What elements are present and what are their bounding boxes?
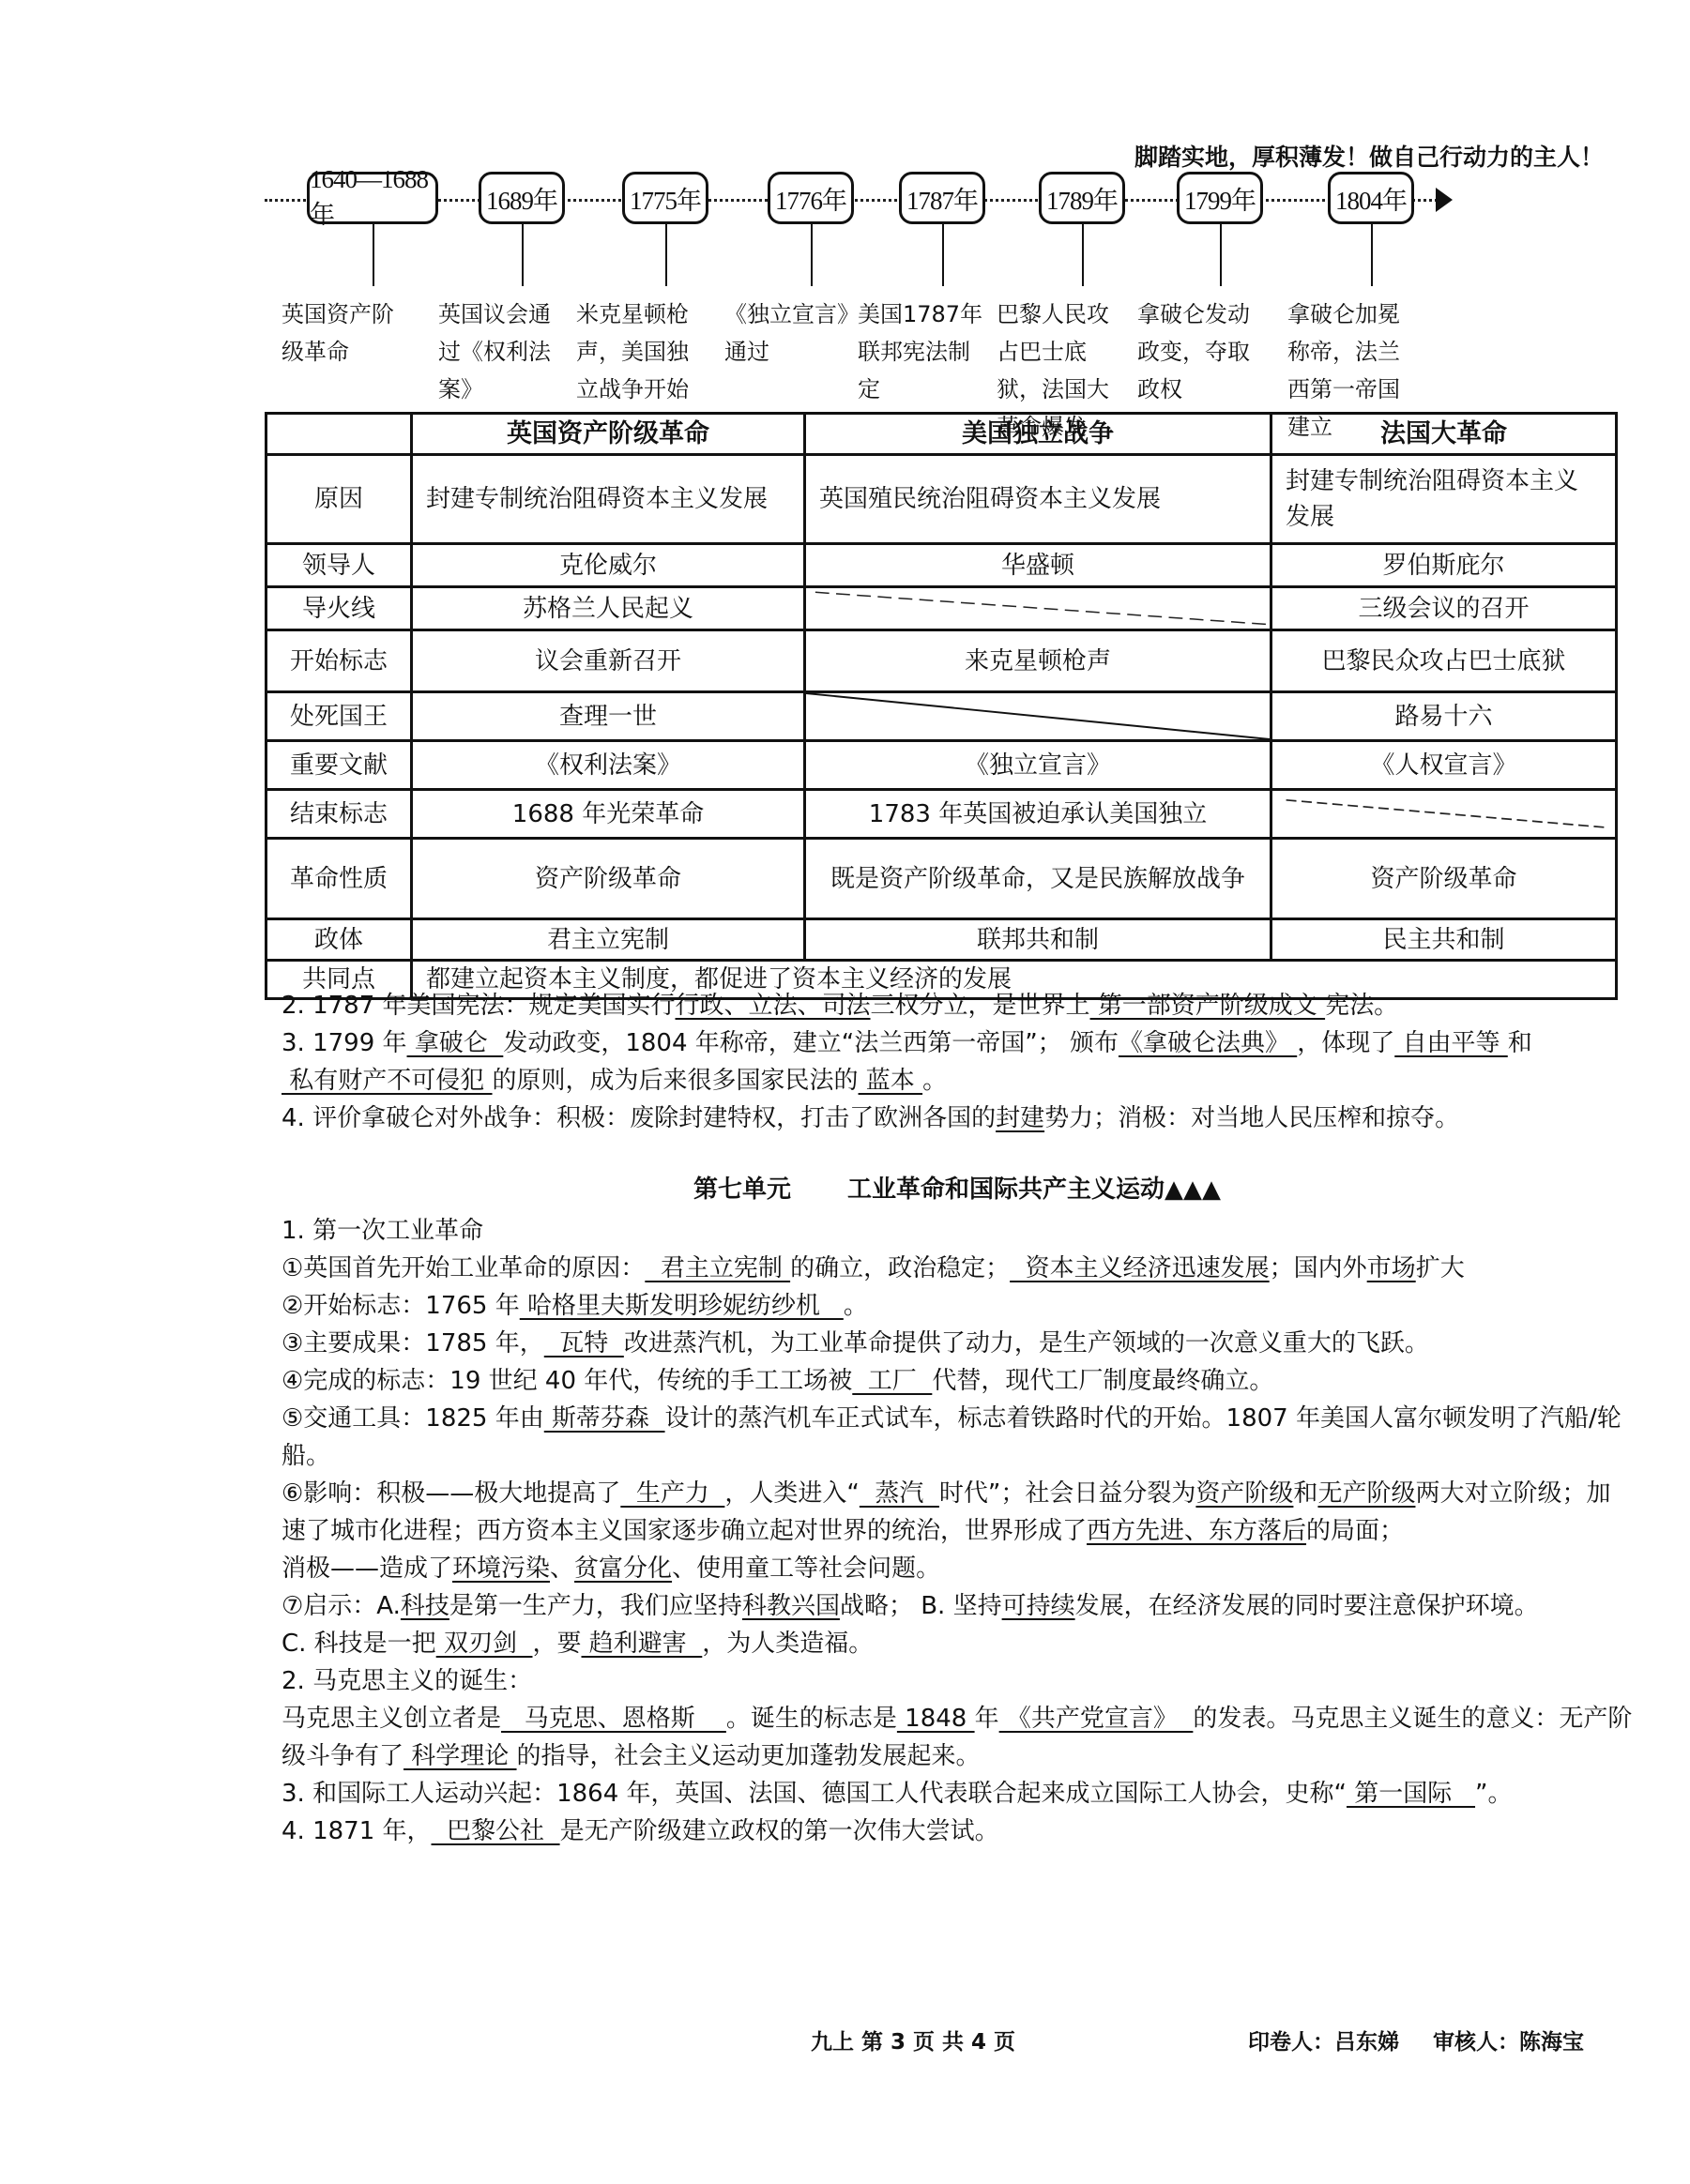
table-cell: 联邦共和制: [805, 919, 1271, 961]
row-header: 处死国王: [266, 692, 412, 741]
text: 的局面；: [1306, 1517, 1404, 1545]
section-3: 3. 和国际工人运动兴起：1864 年，英国、法国、德国工人代表联合起来成立国际…: [282, 1775, 1633, 1812]
table-cell: 君主立宪制: [412, 919, 805, 961]
timeline-event-label: 英国资产阶级革命: [282, 296, 413, 371]
printer-name: 印卷人：吕东娣: [1248, 2030, 1399, 2055]
timeline-connector: [1082, 224, 1084, 286]
table-cell: 议会重新召开: [412, 630, 805, 692]
timeline-year-box: 1640—1688年: [307, 172, 438, 224]
table-row: 结束标志 1688 年光荣革命 1783 年英国被迫承认美国独立: [266, 790, 1617, 839]
column-header: 英国资产阶级革命: [412, 414, 805, 455]
text: ⑥影响：积极——极大地提高了: [282, 1479, 620, 1508]
text: ③主要成果：1785 年，: [282, 1329, 544, 1357]
text: 战略； B. 坚持: [840, 1592, 1002, 1620]
text: ，人类进入“: [724, 1479, 859, 1508]
underlined-term: 环境污染: [452, 1555, 550, 1583]
table-cell: 资产阶级革命: [412, 839, 805, 919]
note-2: 2. 1787 年美国宪法：规定美国实行行政、立法、司法三权分立，是世界上 第一…: [282, 987, 1633, 1024]
table-cell: 既是资产阶级革命，又是民族解放战争: [805, 839, 1271, 919]
text: 4. 1871 年，: [282, 1817, 432, 1845]
timeline-year-box: 1789年: [1039, 172, 1125, 224]
timeline-connector: [665, 224, 667, 286]
text: 发动政变，1804 年称帝，建立“法兰西第一帝国”； 颁布: [503, 1029, 1119, 1057]
timeline-connector: [1220, 224, 1222, 286]
table-cell: 1688 年光荣革命: [412, 790, 805, 839]
timeline-year-box: 1689年: [479, 172, 565, 224]
row-header: 政体: [266, 919, 412, 961]
unit-name: 工业革命和国际共产主义运动▲▲▲: [847, 1175, 1221, 1204]
item-5: ⑤交通工具：1825 年由 斯蒂芬森 设计的蒸汽机车正式试车，标志着铁路时代的开…: [282, 1400, 1633, 1475]
fill-blank-answer: 第一部资产阶级成文: [1090, 992, 1326, 1020]
underlined-term: 科技: [401, 1592, 449, 1620]
table-row: 革命性质 资产阶级革命 既是资产阶级革命，又是民族解放战争 资产阶级革命: [266, 839, 1617, 919]
table-cell: 路易十六: [1271, 692, 1617, 741]
arrow-right-icon: [1436, 188, 1453, 212]
empty-cell-slash: [1271, 790, 1617, 839]
timeline-year-box: 1776年: [768, 172, 854, 224]
text: 是第一生产力，我们应坚持: [449, 1592, 742, 1620]
fill-blank-answer: 马克思、恩格斯: [501, 1705, 726, 1733]
timeline-connector: [522, 224, 524, 286]
table-cell: 巴黎民众攻占巴士底狱: [1271, 630, 1617, 692]
timeline-year-box: 1799年: [1177, 172, 1263, 224]
empty-cell-slash: [805, 692, 1271, 741]
timeline-year-box: 1787年: [899, 172, 985, 224]
table-cell: 《权利法案》: [412, 741, 805, 790]
text: ②开始标志：1765 年: [282, 1292, 520, 1320]
table-cell: 克伦威尔: [412, 544, 805, 587]
underlined-term: 市场: [1367, 1254, 1416, 1282]
text: 4. 评价拿破仑对外战争：积极：废除封建特权，打击了欧洲各国的: [282, 1104, 996, 1132]
text: 马克思主义创立者是: [282, 1705, 501, 1733]
text: 和: [1293, 1479, 1317, 1508]
table-cell: 资产阶级革命: [1271, 839, 1617, 919]
timeline: 1640—1688年英国资产阶级革命1689年英国议会通过《权利法案》1775年…: [265, 172, 1475, 406]
fill-blank-answer: 君主立宪制: [645, 1254, 790, 1282]
item-1: ①英国首先开始工业革命的原因： 君主立宪制 的确立，政治稳定； 资本主义经济迅速…: [282, 1250, 1633, 1287]
underlined-term: 无产阶级: [1317, 1479, 1415, 1508]
fill-blank-answer: 蒸汽: [860, 1479, 939, 1508]
table-cell: 华盛顿: [805, 544, 1271, 587]
row-header: 原因: [266, 455, 412, 544]
fill-blank-answer: 《共产党宣言》: [999, 1705, 1194, 1733]
underlined-term: 行政、立法、司法: [676, 992, 871, 1020]
text: ”。: [1475, 1780, 1512, 1808]
text: 三权分立，是世界上: [871, 992, 1090, 1020]
table-cell: 《人权宣言》: [1271, 741, 1617, 790]
fill-blank-answer: 资本主义经济迅速发展: [1010, 1254, 1270, 1282]
table-row: 导火线 苏格兰人民起义 三级会议的召开: [266, 587, 1617, 630]
row-header: 领导人: [266, 544, 412, 587]
fill-blank-answer: 巴黎公社: [432, 1817, 560, 1845]
text: 发展，在经济发展的同时要注意保护环境。: [1075, 1592, 1539, 1620]
table-cell: 《独立宣言》: [805, 741, 1271, 790]
fill-blank-answer: 第一国际: [1347, 1780, 1475, 1808]
underlined-term: 封建: [996, 1104, 1044, 1132]
text: ；国内外: [1270, 1254, 1367, 1282]
text: 改进蒸汽机，为工业革命提供了动力，是生产领域的一次意义重大的飞跃。: [624, 1329, 1429, 1357]
fill-blank-answer: 1848: [897, 1705, 975, 1733]
row-header: 开始标志: [266, 630, 412, 692]
table-row: 原因 封建专制统治阻碍资本主义发展 英国殖民统治阻碍资本主义发展 封建专制统治阻…: [266, 455, 1617, 544]
timeline-year-box: 1804年: [1328, 172, 1414, 224]
item-2: ②开始标志：1765 年 哈格里夫斯发明珍妮纺纱机 。: [282, 1287, 1633, 1325]
table-cell: 查理一世: [412, 692, 805, 741]
table-row: 重要文献 《权利法案》 《独立宣言》 《人权宣言》: [266, 741, 1617, 790]
text: 2. 1787 年美国宪法：规定美国实行: [282, 992, 676, 1020]
column-header: 法国大革命: [1271, 414, 1617, 455]
underlined-term: 资产阶级: [1195, 1479, 1293, 1508]
timeline-connector: [811, 224, 813, 286]
item-7: ⑦启示：A.科技是第一生产力，我们应坚持科教兴国战略； B. 坚持可持续发展，在…: [282, 1587, 1633, 1625]
fill-blank-answer: 瓦特: [544, 1329, 624, 1357]
underlined-term: 西方先进、东方落后: [1087, 1517, 1306, 1545]
underlined-term: 贫富分化: [574, 1555, 672, 1583]
table-cell: 封建专制统治阻碍资本主义发展: [412, 455, 805, 544]
underlined-term: 科教兴国: [742, 1592, 840, 1620]
text: 。诞生的标志是: [726, 1705, 897, 1733]
text: C. 科技是一把: [282, 1630, 436, 1658]
text: 年: [975, 1705, 999, 1733]
text: 是无产阶级建立政权的第一次伟大尝试。: [560, 1817, 999, 1845]
text: ，体现了: [1297, 1029, 1394, 1057]
section-4: 4. 1871 年， 巴黎公社 是无产阶级建立政权的第一次伟大尝试。: [282, 1812, 1633, 1850]
table-cell: 苏格兰人民起义: [412, 587, 805, 630]
item-4: ④完成的标志：19 世纪 40 年代，传统的手工工场被 工厂 代替，现代工厂制度…: [282, 1362, 1633, 1400]
row-header: 重要文献: [266, 741, 412, 790]
text: 、使用童工等社会问题。: [672, 1555, 940, 1583]
fill-blank-answer: 双刃剑: [436, 1630, 533, 1658]
row-header: 导火线: [266, 587, 412, 630]
comparison-table: 英国资产阶级革命 美国独立战争 法国大革命 原因 封建专制统治阻碍资本主义发展 …: [265, 412, 1618, 1000]
marxism-item: 马克思主义创立者是 马克思、恩格斯 。诞生的标志是 1848 年 《共产党宣言》…: [282, 1700, 1633, 1775]
fill-blank-answer: 私有财产不可侵犯: [282, 1067, 493, 1095]
text: ⑤交通工具：1825 年由: [282, 1404, 544, 1433]
fill-blank-answer: 《拿破仑法典》: [1119, 1029, 1297, 1057]
table-row: 政体 君主立宪制 联邦共和制 民主共和制: [266, 919, 1617, 961]
fill-blank-answer: 工厂: [852, 1367, 932, 1395]
fill-blank-answer: 拿破仑: [407, 1029, 504, 1057]
timeline-event-label: 美国1787年联邦宪法制定: [858, 296, 989, 408]
item-6: ⑥影响：积极——极大地提高了 生产力 ，人类进入“ 蒸汽 时代”；社会日益分裂为…: [282, 1475, 1633, 1550]
text: 势力；消极：对当地人民压榨和掠夺。: [1044, 1104, 1459, 1132]
motto: 脚踏实地，厚积薄发！做自己行动力的主人！: [1134, 139, 1604, 173]
staff-credits: 印卷人：吕东娣审核人：陈海宝: [1248, 2025, 1584, 2055]
fill-blank-answer: 生产力: [620, 1479, 724, 1508]
underlined-term: 可持续: [1002, 1592, 1075, 1620]
timeline-connector: [942, 224, 944, 286]
item-3: ③主要成果：1785 年， 瓦特 改进蒸汽机，为工业革命提供了动力，是生产领域的…: [282, 1325, 1633, 1362]
text: 3. 1799 年: [282, 1029, 407, 1057]
text: 和: [1508, 1029, 1532, 1057]
timeline-event-label: 英国议会通过《权利法案》: [438, 296, 570, 408]
fill-blank-answer: 斯蒂芬森: [544, 1404, 665, 1433]
section-title: 1. 第一次工业革命: [282, 1212, 1633, 1250]
fill-blank-answer: 趋利避害: [582, 1630, 703, 1658]
table-corner: [266, 414, 412, 455]
table-cell: 三级会议的召开: [1271, 587, 1617, 630]
reviewer-name: 审核人：陈海宝: [1433, 2030, 1584, 2055]
timeline-connector: [373, 224, 374, 286]
fill-blank-answer: 哈格里夫斯发明珍妮纺纱机: [520, 1292, 844, 1320]
table-cell: 罗伯斯庇尔: [1271, 544, 1617, 587]
table-row: 处死国王 查理一世 路易十六: [266, 692, 1617, 741]
text: 的确立，政治稳定；: [790, 1254, 1010, 1282]
timeline-event-label: 米克星顿枪声，美国独立战争开始: [576, 296, 708, 408]
text: 宪法。: [1325, 992, 1398, 1020]
table-row: 开始标志 议会重新召开 来克星顿枪声 巴黎民众攻占巴士底狱: [266, 630, 1617, 692]
note-4: 4. 评价拿破仑对外战争：积极：废除封建特权，打击了欧洲各国的封建势力；消极：对…: [282, 1100, 1633, 1137]
item-7c: C. 科技是一把 双刃剑 ，要 趋利避害 ，为人类造福。: [282, 1625, 1633, 1662]
text: 、: [550, 1555, 574, 1583]
page-number: 九上 第 3 页 共 4 页: [811, 2025, 1015, 2055]
row-header: 结束标志: [266, 790, 412, 839]
fill-blank-answer: 蓝本: [859, 1067, 923, 1095]
table-cell: 1783 年英国被迫承认美国独立: [805, 790, 1271, 839]
unit-title: 第七单元工业革命和国际共产主义运动▲▲▲: [282, 1171, 1633, 1208]
section-title: 2. 马克思主义的诞生：: [282, 1662, 1633, 1700]
text: 。: [844, 1292, 868, 1320]
note-3: 3. 1799 年 拿破仑 发动政变，1804 年称帝，建立“法兰西第一帝国”；…: [282, 1024, 1633, 1100]
column-header: 美国独立战争: [805, 414, 1271, 455]
text: ，要: [532, 1630, 581, 1658]
item-6-negative: 消极——造成了环境污染、贫富分化、使用童工等社会问题。: [282, 1550, 1633, 1587]
timeline-event-label: 拿破仑发动政变，夺取政权: [1137, 296, 1269, 408]
table-row: 领导人 克伦威尔 华盛顿 罗伯斯庇尔: [266, 544, 1617, 587]
fill-blank-answer: 科学理论: [403, 1742, 517, 1770]
notes: 2. 1787 年美国宪法：规定美国实行行政、立法、司法三权分立，是世界上 第一…: [282, 987, 1633, 1850]
text: 扩大: [1416, 1254, 1465, 1282]
timeline-event-label: 《独立宣言》通过: [724, 296, 856, 371]
text: 消极——造成了: [282, 1555, 452, 1583]
text: ⑦启示：A.: [282, 1592, 401, 1620]
row-header: 革命性质: [266, 839, 412, 919]
text: ①英国首先开始工业革命的原因：: [282, 1254, 645, 1282]
text: 的指导，社会主义运动更加蓬勃发展起来。: [517, 1742, 981, 1770]
text: 。: [922, 1067, 947, 1095]
timeline-year-box: 1775年: [622, 172, 708, 224]
text: ④完成的标志：19 世纪 40 年代，传统的手工工场被: [282, 1367, 852, 1395]
text: 代替，现代工厂制度最终确立。: [932, 1367, 1273, 1395]
timeline-connector: [1371, 224, 1373, 286]
text: 的原则，成为后来很多国家民法的: [493, 1067, 859, 1095]
empty-cell-slash: [805, 587, 1271, 630]
unit-number: 第七单元: [693, 1175, 791, 1204]
table-cell: 封建专制统治阻碍资本主义发展: [1271, 455, 1617, 544]
table-cell: 民主共和制: [1271, 919, 1617, 961]
fill-blank-answer: 自由平等: [1394, 1029, 1508, 1057]
table-cell: 来克星顿枪声: [805, 630, 1271, 692]
table-cell: 英国殖民统治阻碍资本主义发展: [805, 455, 1271, 544]
text: ，为人类造福。: [702, 1630, 873, 1658]
text: 3. 和国际工人运动兴起：1864 年，英国、法国、德国工人代表联合起来成立国际…: [282, 1780, 1347, 1808]
text: 时代”；社会日益分裂为: [939, 1479, 1195, 1508]
